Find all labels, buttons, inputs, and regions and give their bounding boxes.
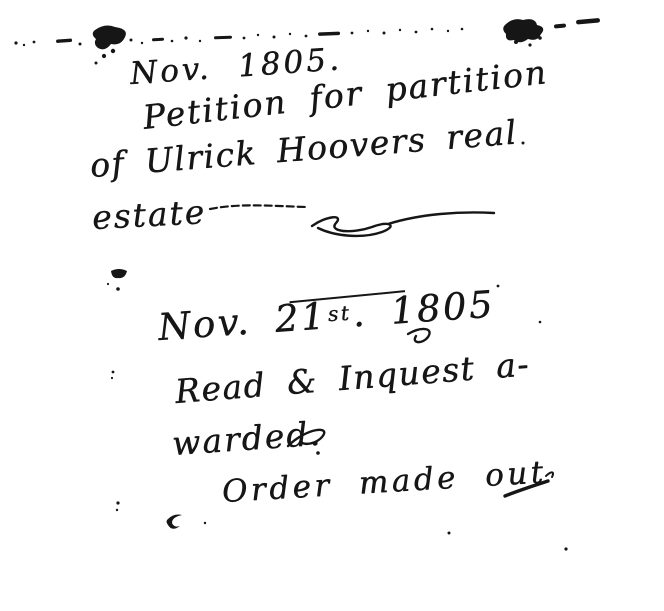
entry-date-line: Nov. 21st. 1805 [156, 283, 496, 351]
entry-action-line-1: Read & Inquest a- [173, 344, 531, 411]
entry-date-prefix: Nov. 21 [156, 294, 328, 349]
entry-action-line-3: Order made out [221, 454, 548, 511]
petition-title-line-3: estate [91, 192, 207, 238]
entry-action-line-2: warded. [171, 414, 323, 464]
entry-date-superscript: st [326, 301, 353, 327]
entry-date-suffix: . 1805 [351, 283, 496, 336]
scanned-document-page: Nov. 1805. Petition for partition of Ulr… [0, 0, 664, 611]
